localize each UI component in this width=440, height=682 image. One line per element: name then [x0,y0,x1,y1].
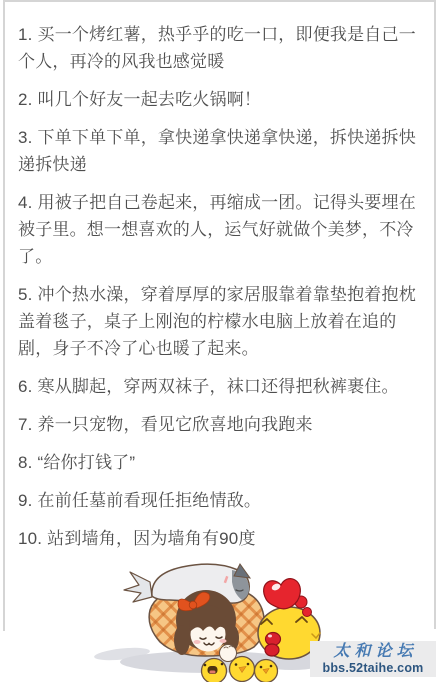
list-item-9: 9. 在前任墓前看现任拒绝情敌。 [18,487,430,514]
watermark-site-url: bbs.52taihe.com [310,662,436,675]
list-item-1: 1. 买一个烤红薯，热乎乎的吃一口，即便我是自己一个人，再冷的风我也感觉暖 [18,21,430,75]
wolf-tail [124,572,152,602]
list-item-6: 6. 寒从脚起，穿两双袜子，袜口还得把秋裤裹住。 [18,373,430,400]
chick-1 [202,659,227,682]
warm-tips-list: 1. 买一个烤红薯，热乎乎的吃一口，即便我是自己一个人，再冷的风我也感觉暖 2.… [0,0,440,563]
chick-3 [255,660,278,682]
list-item-5: 5. 冲个热水澡，穿着厚厚的家居服靠着靠垫抱着抱枕盖着毯子，桌子上刚泡的柠檬水电… [18,281,430,362]
list-item-7: 7. 养一只宠物，看见它欣喜地向我跑来 [18,411,430,438]
watermark-site-name: 太和论坛 [310,642,436,662]
chick-2 [230,657,255,682]
forum-post-image: 1. 买一个烤红薯，热乎乎的吃一口，即便我是自己一个人，再冷的风我也感觉暖 2.… [0,0,440,682]
watermark: 太和论坛 bbs.52taihe.com [310,641,436,677]
list-item-3: 3. 下单下单下单，拿快递拿快递拿快递，拆快递拆快递拆快递 [18,124,430,178]
list-item-4: 4. 用被子把自己卷起来，再缩成一团。记得头要埋在被子里。想一想喜欢的人，运气好… [18,189,430,270]
list-item-8: 8. “给你打钱了” [18,449,430,476]
list-item-2: 2. 叫几个好友一起去吃火锅啊！ [18,86,430,113]
